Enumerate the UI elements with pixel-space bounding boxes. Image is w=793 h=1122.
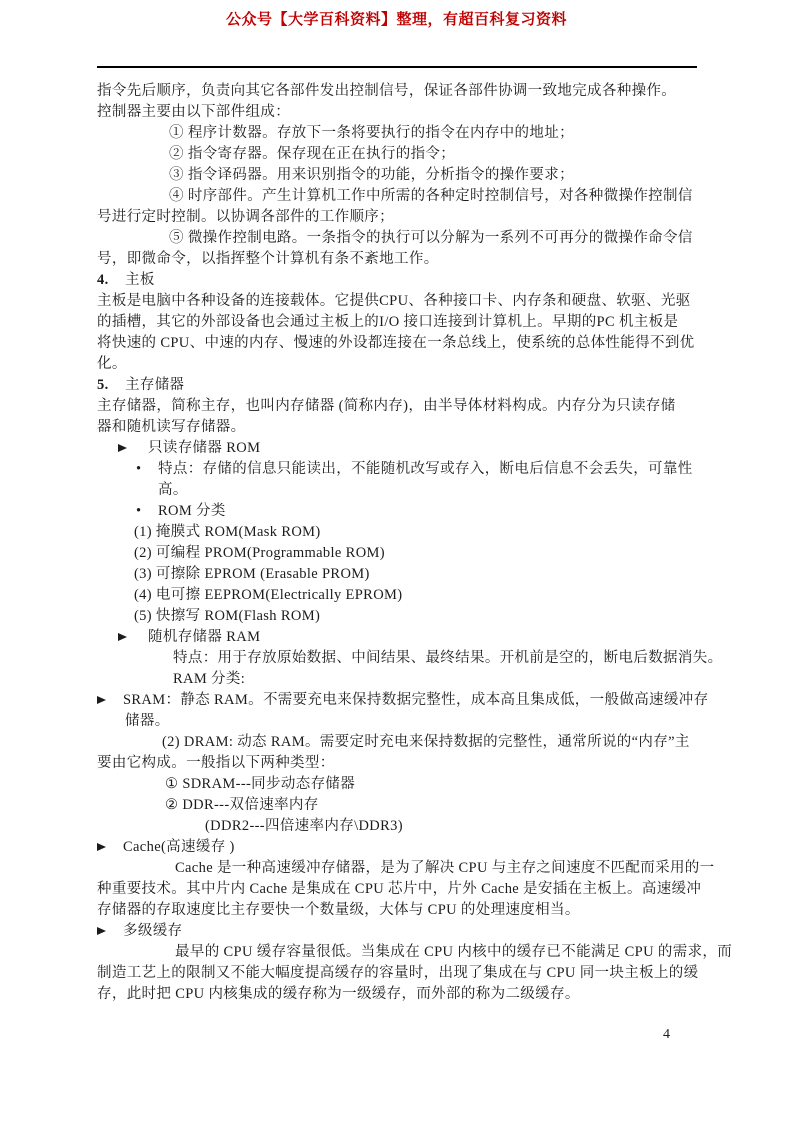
text-line: ④ 时序部件。产生计算机工作中所需的各种定时控制信号，对各种微操作控制信 (169, 188, 693, 205)
page-header-title: 公众号【大学百科资料】整理，有超百科复习资料 (0, 8, 793, 29)
text-line: 要由它构成。一般指以下两种类型： (97, 755, 335, 772)
text-run: SRAM：静态 RAM。不需要充电来保持数据完整性，成本高且集成低，一般做高速缓… (123, 692, 708, 708)
text-run: 多级缓存 (123, 923, 182, 939)
text-run: ① SDRAM---同步动态存储器 (165, 776, 355, 792)
text-run: 化。 (97, 356, 127, 372)
text-line: •ROM 分类 (158, 503, 226, 520)
header-divider (97, 66, 697, 68)
text-run: 的插槽，其它的外部设备也会通过主板上的I/O 接口连接到计算机上。早期的PC 机… (97, 314, 678, 330)
text-run: 特点：存储的信息只能读出，不能随机改写或存入，断电后信息不会丢失，可靠性 (158, 461, 693, 477)
text-line: •特点：存储的信息只能读出，不能随机改写或存入，断电后信息不会丢失，可靠性 (158, 461, 693, 478)
section-number: 5. (97, 377, 109, 394)
text-line: 存，此时把 CPU 内核集成的缓存称为一级缓存，而外部的称为二级缓存。 (97, 986, 580, 1003)
text-line: ⑤ 微操作控制电路。一条指令的执行可以分解为一系列不可再分的微操作命令信 (169, 230, 693, 247)
text-line: 种重要技术。其中片内 Cache 是集成在 CPU 芯片中，片外 Cache 是… (97, 881, 701, 898)
text-run: 高。 (158, 482, 188, 498)
arrow-bullet-icon (118, 444, 127, 452)
text-line: 最早的 CPU 缓存容量很低。当集成在 CPU 内核中的缓存已不能满足 CPU … (175, 944, 732, 961)
text-line: SRAM：静态 RAM。不需要充电来保持数据完整性，成本高且集成低，一般做高速缓… (123, 692, 708, 709)
document-page: 公众号【大学百科资料】整理，有超百科复习资料 指令先后顺序，负责向其它各部件发出… (0, 0, 793, 1122)
text-run: (3) 可擦除 EPROM (Erasable PROM) (134, 566, 370, 582)
section-number: 4. (97, 272, 109, 289)
text-line: ③ 指令译码器。用来识别指令的功能，分析指令的操作要求； (169, 167, 574, 184)
text-run: ① 程序计数器。存放下一条将要执行的指令在内存中的地址； (169, 125, 574, 141)
text-line: 将快速的 CPU、中速的内存、慢速的外设都连接在一条总线上，使系统的总体性能得不… (97, 335, 695, 352)
arrow-bullet-icon (97, 843, 106, 851)
text-line: 化。 (97, 356, 127, 373)
text-line: (2) DRAM: 动态 RAM。需要定时充电来保持数据的完整性，通常所说的“内… (162, 734, 690, 751)
text-run: RAM 分类: (173, 671, 245, 687)
text-line: 5.主存储器 (125, 377, 184, 394)
text-run: 特点：用于存放原始数据、中间结果、最终结果。开机前是空的，断电后数据消失。 (173, 650, 722, 666)
text-run: 号进行定时控制。以协调各部件的工作顺序； (97, 209, 394, 225)
text-run: 主板 (125, 272, 155, 288)
text-line: ② DDR---双倍速率内存 (165, 797, 319, 814)
text-line: (3) 可擦除 EPROM (Erasable PROM) (134, 566, 370, 583)
text-run: Cache(高速缓存 ) (123, 839, 235, 855)
text-line: 制造工艺上的限制又不能大幅度提高缓存的容量时，出现了集成在与 CPU 同一块主板… (97, 965, 699, 982)
text-run: 控制器主要由以下部件组成： (97, 104, 290, 120)
text-line: ① SDRAM---同步动态存储器 (165, 776, 355, 793)
text-run: ④ 时序部件。产生计算机工作中所需的各种定时控制信号，对各种微操作控制信 (169, 188, 693, 204)
text-line: 控制器主要由以下部件组成： (97, 104, 290, 121)
arrow-bullet-icon (118, 633, 127, 641)
text-run: 存，此时把 CPU 内核集成的缓存称为一级缓存，而外部的称为二级缓存。 (97, 986, 580, 1002)
text-run: (2) DRAM: 动态 RAM。需要定时充电来保持数据的完整性，通常所说的“内… (162, 734, 690, 750)
text-run: 主存储器 (125, 377, 184, 393)
text-run: Cache 是一种高速缓冲存储器，是为了解决 CPU 与主存之间速度不匹配而采用… (175, 860, 715, 876)
text-line: 指令先后顺序，负责向其它各部件发出控制信号，保证各部件协调一致地完成各种操作。 (97, 83, 676, 100)
text-run: ⑤ 微操作控制电路。一条指令的执行可以分解为一系列不可再分的微操作命令信 (169, 230, 693, 246)
text-line: 只读存储器 ROM (148, 440, 260, 457)
arrow-bullet-icon (97, 696, 106, 704)
text-run: (DDR2---四倍速率内存\DDR3) (205, 818, 403, 834)
dot-bullet-icon: • (136, 503, 141, 520)
text-line: (2) 可编程 PROM(Programmable ROM) (134, 545, 385, 562)
text-run: 最早的 CPU 缓存容量很低。当集成在 CPU 内核中的缓存已不能满足 CPU … (175, 944, 732, 960)
text-line: (1) 掩膜式 ROM(Mask ROM) (134, 524, 321, 541)
text-line: 主存储器，简称主存，也叫内存储器 (简称内存)，由半导体材料构成。内存分为只读存… (97, 398, 676, 415)
text-line: 号，即微命令，以指挥整个计算机有条不紊地工作。 (97, 251, 439, 268)
text-line: ① 程序计数器。存放下一条将要执行的指令在内存中的地址； (169, 125, 574, 142)
text-run: (1) 掩膜式 ROM(Mask ROM) (134, 524, 321, 540)
text-line: 多级缓存 (123, 923, 182, 940)
dot-bullet-icon: • (136, 461, 141, 478)
text-run: ROM 分类 (158, 503, 226, 519)
page-number: 4 (663, 1027, 670, 1043)
text-run: ② DDR---双倍速率内存 (165, 797, 319, 813)
text-run: (2) 可编程 PROM(Programmable ROM) (134, 545, 385, 561)
text-run: 种重要技术。其中片内 Cache 是集成在 CPU 芯片中，片外 Cache 是… (97, 881, 701, 897)
text-run: 储器。 (125, 713, 170, 729)
text-line: 存储器的存取速度比主存要快一个数量级，大体与 CPU 的处理速度相当。 (97, 902, 580, 919)
text-run: 制造工艺上的限制又不能大幅度提高缓存的容量时，出现了集成在与 CPU 同一块主板… (97, 965, 699, 981)
text-line: (5) 快擦写 ROM(Flash ROM) (134, 608, 320, 625)
text-line: 储器。 (125, 713, 170, 730)
text-run: ③ 指令译码器。用来识别指令的功能，分析指令的操作要求； (169, 167, 574, 183)
text-run: ② 指令寄存器。保存现在正在执行的指令； (169, 146, 455, 162)
text-run: 随机存储器 RAM (148, 629, 260, 645)
text-run: 只读存储器 ROM (148, 440, 260, 456)
text-line: 4.主板 (125, 272, 155, 289)
text-line: ② 指令寄存器。保存现在正在执行的指令； (169, 146, 455, 163)
text-line: 号进行定时控制。以协调各部件的工作顺序； (97, 209, 394, 226)
text-line: 高。 (158, 482, 188, 499)
text-run: 主板是电脑中各种设备的连接载体。它提供CPU、各种接口卡、内存条和硬盘、软驱、光… (97, 293, 691, 309)
text-run: 器和随机读写存储器。 (97, 419, 246, 435)
text-line: Cache(高速缓存 ) (123, 839, 235, 856)
text-line: 特点：用于存放原始数据、中间结果、最终结果。开机前是空的，断电后数据消失。 (173, 650, 722, 667)
text-run: 主存储器，简称主存，也叫内存储器 (简称内存)，由半导体材料构成。内存分为只读存… (97, 398, 676, 414)
text-run: (4) 电可擦 EEPROM(Electrically EPROM) (134, 587, 402, 603)
text-run: 指令先后顺序，负责向其它各部件发出控制信号，保证各部件协调一致地完成各种操作。 (97, 83, 676, 99)
text-line: 器和随机读写存储器。 (97, 419, 246, 436)
text-run: (5) 快擦写 ROM(Flash ROM) (134, 608, 320, 624)
text-run: 号，即微命令，以指挥整个计算机有条不紊地工作。 (97, 251, 439, 267)
text-run: 存储器的存取速度比主存要快一个数量级，大体与 CPU 的处理速度相当。 (97, 902, 580, 918)
text-line: (DDR2---四倍速率内存\DDR3) (205, 818, 403, 835)
text-line: 随机存储器 RAM (148, 629, 260, 646)
text-line: 主板是电脑中各种设备的连接载体。它提供CPU、各种接口卡、内存条和硬盘、软驱、光… (97, 293, 691, 310)
text-line: 的插槽，其它的外部设备也会通过主板上的I/O 接口连接到计算机上。早期的PC 机… (97, 314, 678, 331)
text-run: 要由它构成。一般指以下两种类型： (97, 755, 335, 771)
arrow-bullet-icon (97, 927, 106, 935)
text-line: Cache 是一种高速缓冲存储器，是为了解决 CPU 与主存之间速度不匹配而采用… (175, 860, 715, 877)
text-line: RAM 分类: (173, 671, 245, 688)
text-run: 将快速的 CPU、中速的内存、慢速的外设都连接在一条总线上，使系统的总体性能得不… (97, 335, 695, 351)
text-line: (4) 电可擦 EEPROM(Electrically EPROM) (134, 587, 402, 604)
